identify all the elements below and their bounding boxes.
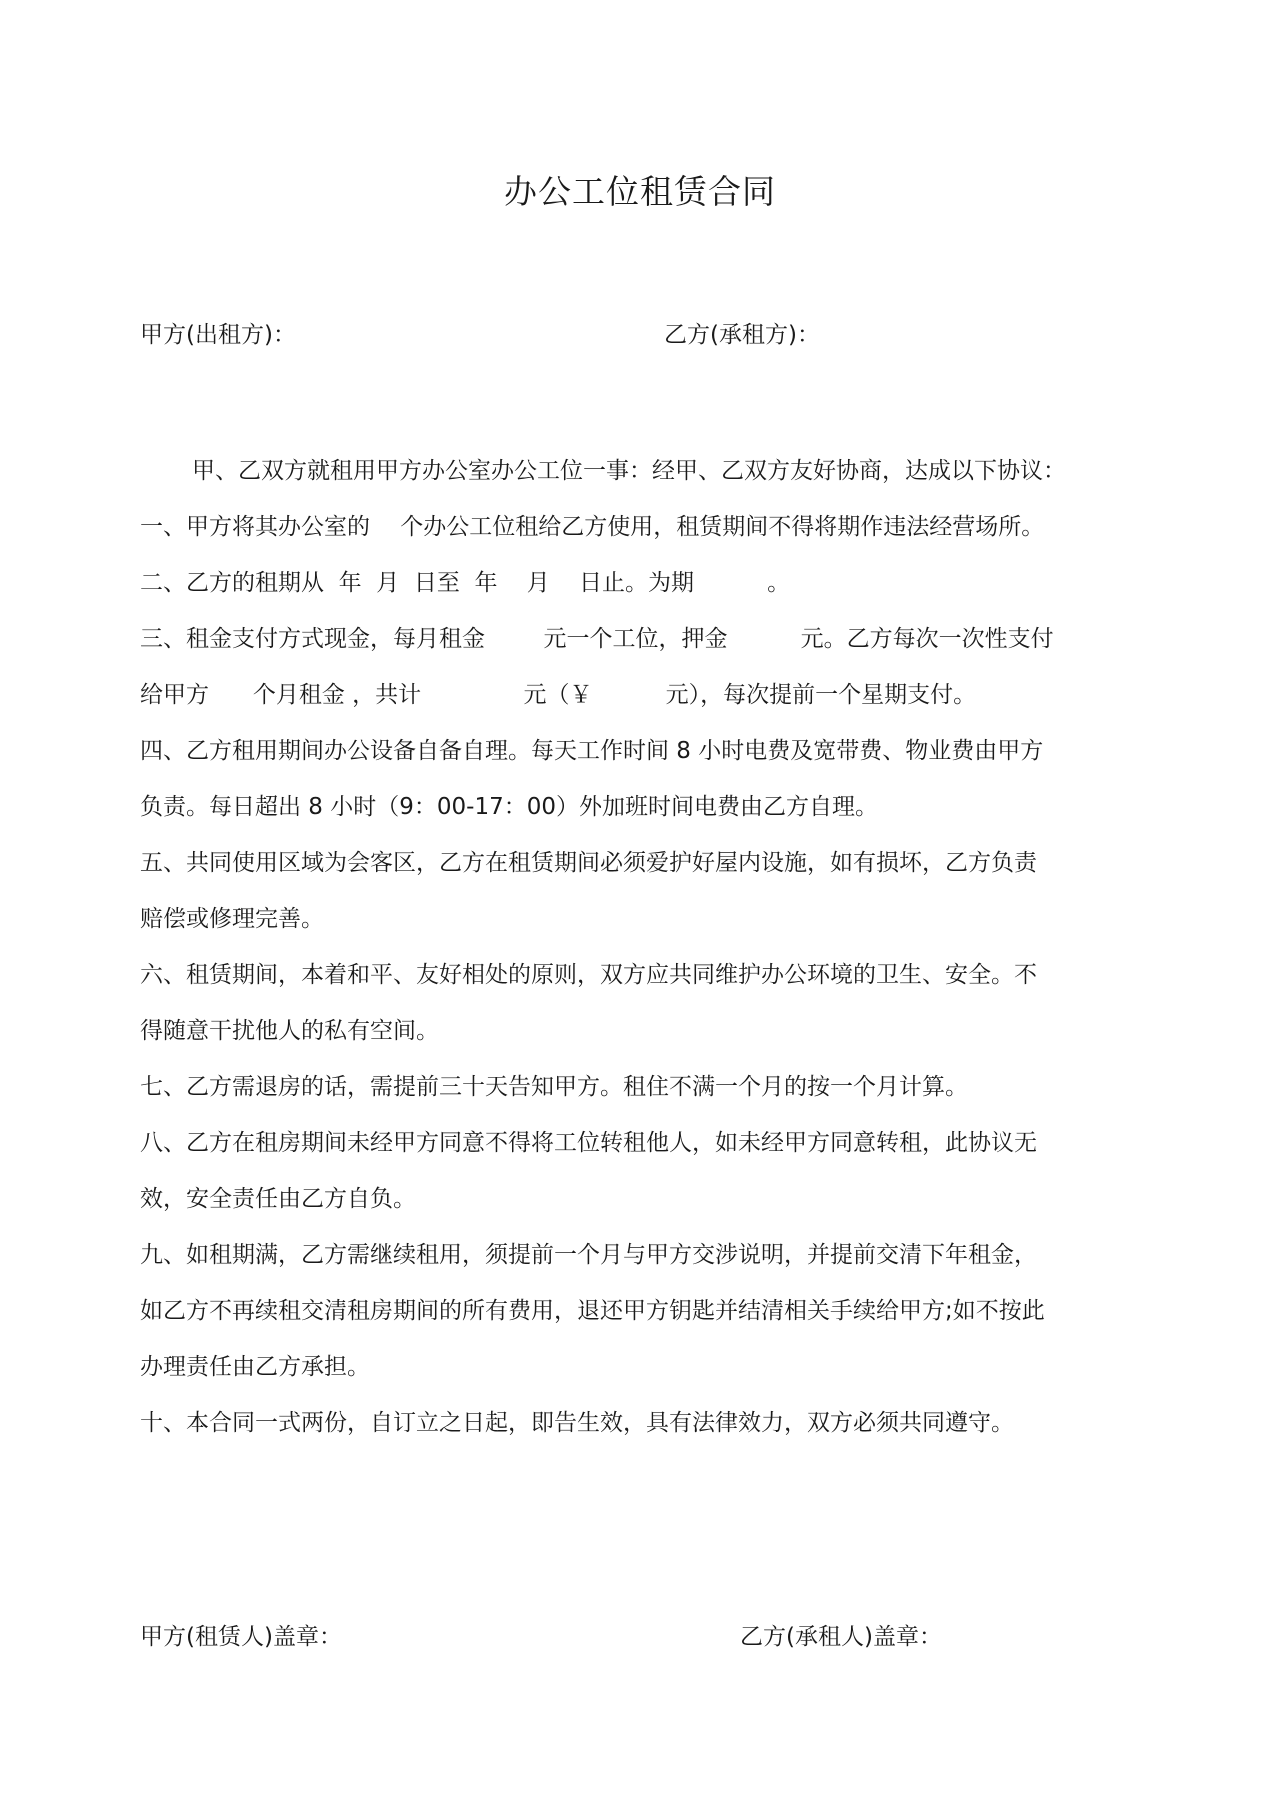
clause-2: 二、乙方的租期从 年 月 日至 年 月 日止。为期 。 bbox=[140, 555, 1150, 611]
clause-3-line-1: 三、租金支付方式现金，每月租金 元一个工位，押金 元。乙方每次一次性支付 bbox=[140, 611, 1150, 667]
clause-9-line-1: 九、如租期满，乙方需继续租用，须提前一个月与甲方交涉说明，并提前交清下年租金， bbox=[140, 1227, 1150, 1283]
clause-7: 七、乙方需退房的话，需提前三十天告知甲方。租住不满一个月的按一个月计算。 bbox=[140, 1059, 1150, 1115]
clause-9-line-3: 办理责任由乙方承担。 bbox=[140, 1339, 1150, 1395]
clause-6-line-1: 六、租赁期间，本着和平、友好相处的原则，双方应共同维护办公环境的卫生、安全。不 bbox=[140, 947, 1150, 1003]
clause-1: 一、甲方将其办公室的 个办公工位租给乙方使用，租赁期间不得将期作违法经营场所。 bbox=[140, 499, 1150, 555]
clause-10: 十、本合同一式两份，自订立之日起，即告生效，具有法律效力，双方必须共同遵守。 bbox=[140, 1395, 1150, 1451]
party-b-label: 乙方(承租方)： bbox=[664, 320, 820, 350]
intro-paragraph: 甲、乙双方就租用甲方办公室办公工位一事：经甲、乙双方友好协商，达成以下协议： bbox=[140, 443, 1150, 499]
contract-page: 办公工位租赁合同 甲方(出租方)： 乙方(承租方)： 甲、乙双方就租用甲方办公室… bbox=[0, 0, 1280, 1810]
contract-body: 甲、乙双方就租用甲方办公室办公工位一事：经甲、乙双方友好协商，达成以下协议： 一… bbox=[140, 443, 1150, 1451]
clause-3-line-2: 给甲方 个月租金 ，共计 元（￥ 元），每次提前一个星期支付。 bbox=[140, 667, 1150, 723]
clause-8-line-1: 八、乙方在租房期间未经甲方同意不得将工位转租他人，如未经甲方同意转租，此协议无 bbox=[140, 1115, 1150, 1171]
clause-4-line-2: 负责。每日超出 8 小时（9：00-17：00）外加班时间电费由乙方自理。 bbox=[140, 779, 1150, 835]
clause-9-line-2: 如乙方不再续租交清租房期间的所有费用，退还甲方钥匙并结清相关手续给甲方;如不按此 bbox=[140, 1283, 1150, 1339]
clause-4-line-1: 四、乙方租用期间办公设备自备自理。每天工作时间 8 小时电费及宽带费、物业费由甲… bbox=[140, 723, 1150, 779]
clause-6-line-2: 得随意干扰他人的私有空间。 bbox=[140, 1003, 1150, 1059]
clause-5-line-1: 五、共同使用区域为会客区，乙方在租赁期间必须爱护好屋内设施，如有损坏，乙方负责 bbox=[140, 835, 1150, 891]
party-a-label: 甲方(出租方)： bbox=[140, 320, 296, 350]
clause-5-line-2: 赔偿或修理完善。 bbox=[140, 891, 1150, 947]
party-b-signature-label: 乙方(承租人)盖章： bbox=[740, 1622, 942, 1652]
party-a-signature-label: 甲方(租赁人)盖章： bbox=[140, 1622, 342, 1652]
clause-8-line-2: 效，安全责任由乙方自负。 bbox=[140, 1171, 1150, 1227]
document-title: 办公工位租赁合同 bbox=[0, 166, 1280, 213]
